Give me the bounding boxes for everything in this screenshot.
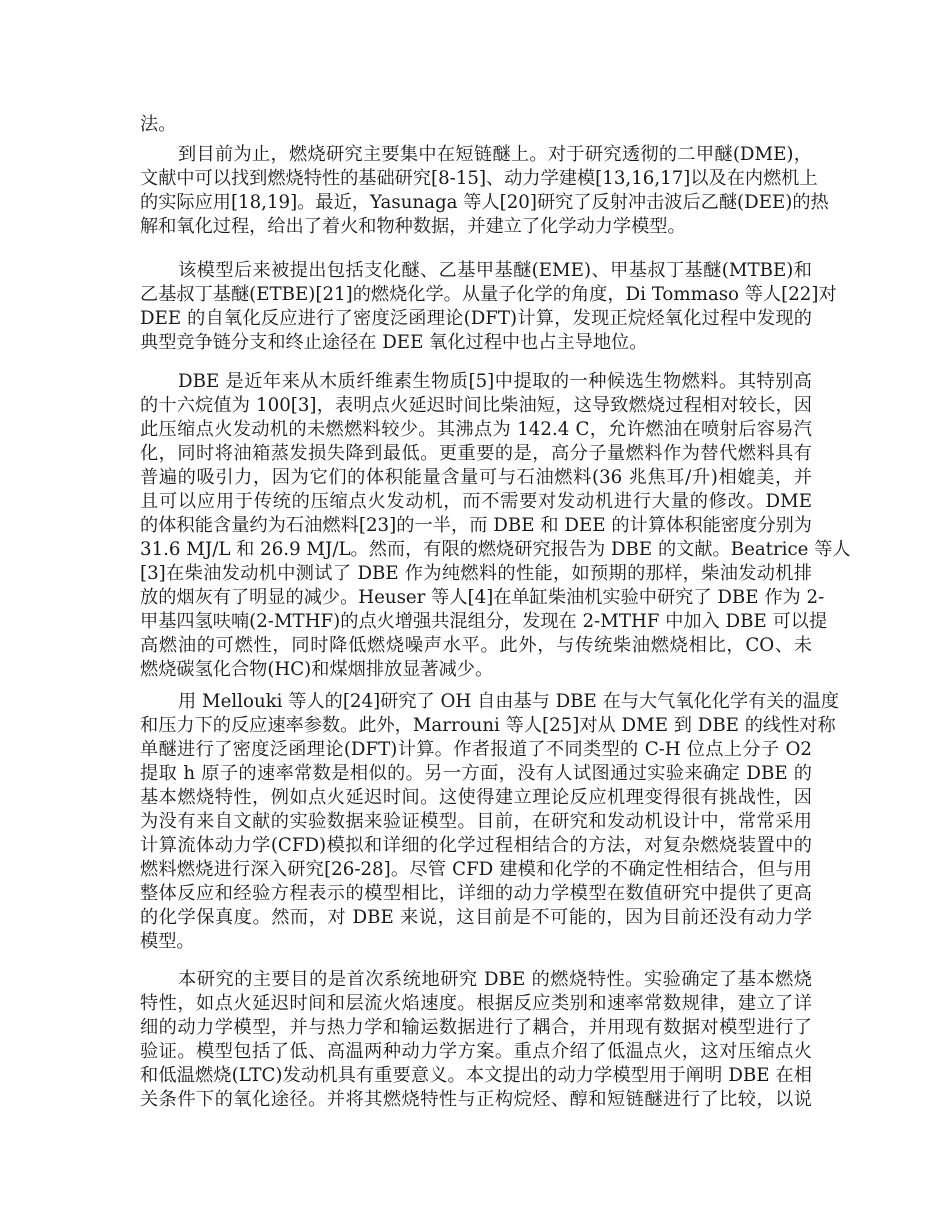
paragraph-continuation: 法。 [140, 113, 812, 137]
text-line: 此压缩点火发动机的未燃燃料较少。其沸点为 142.4 C，允许燃油在喷射后容易汽 [140, 418, 812, 442]
text-line: 验证。模型包括了低、高温两种动力学方案。重点介绍了低温点火，这对压缩点火 [140, 1040, 812, 1064]
text-line: 且可以应用于传统的压缩点火发动机，而不需要对发动机进行大量的修改。DME [140, 490, 812, 514]
text-line: 单醚进行了密度泛函理论(DFT)计算。作者报道了不同类型的 C-H 位点上分子 … [140, 738, 812, 762]
text-line: 本研究的主要目的是首次系统地研究 DBE 的燃烧特性。实验确定了基本燃烧 [140, 968, 812, 992]
text-line: 计算流体动力学(CFD)模拟和详细的化学过程相结合的方法，对复杂燃烧装置中的 [140, 834, 812, 858]
text-line: 放的烟灰有了明显的减少。Heuser 等人[4]在单缸柴油机实验中研究了 DBE… [140, 586, 812, 610]
text-line: 到目前为止，燃烧研究主要集中在短链醚上。对于研究透彻的二甲醚(DME)， [140, 143, 812, 167]
text-line: 燃料燃烧进行深入研究[26-28]。尽管 CFD 建模和化学的不确定性相结合，但… [140, 858, 812, 882]
text-line: 关条件下的氧化途径。并将其燃烧特性与正构烷烃、醇和短链醚进行了比较，以说 [140, 1088, 812, 1112]
text-line: DBE 是近年来从木质纤维素生物质[5]中提取的一种候选生物燃料。其特别高 [140, 370, 812, 394]
text-line: 甲基四氢呋喃(2-MTHF)的点火增强共混组分，发现在 2-MTHF 中加入 D… [140, 610, 812, 634]
text-line: 高燃油的可燃性，同时降低燃烧噪声水平。此外，与传统柴油燃烧相比，CO、未 [140, 634, 812, 658]
text-line: 细的动力学模型，并与热力学和输运数据进行了耦合，并用现有数据对模型进行了 [140, 1016, 812, 1040]
paragraph-study-objective: 本研究的主要目的是首次系统地研究 DBE 的燃烧特性。实验确定了基本燃烧 特性，… [140, 968, 812, 1112]
text-line: 法。 [140, 113, 812, 137]
text-line: 燃烧碳氢化合物(HC)和煤烟排放显著减少。 [140, 658, 812, 682]
text-line: 解和氧化过程，给出了着火和物种数据，并建立了化学动力学模型。 [140, 215, 812, 239]
text-line: 为没有来自文献的实验数据来验证模型。目前，在研究和发动机设计中，常常采用 [140, 810, 812, 834]
text-line: 用 Mellouki 等人的[24]研究了 OH 自由基与 DBE 在与大气氧化… [140, 690, 812, 714]
text-line: 的实际应用[18,19]。最近，Yasunaga 等人[20]研究了反射冲击波后… [140, 191, 812, 215]
text-line: 普遍的吸引力，因为它们的体积能量含量可与石油燃料(36 兆焦耳/升)相媲美，并 [140, 466, 812, 490]
paragraph-prior-studies: 用 Mellouki 等人的[24]研究了 OH 自由基与 DBE 在与大气氧化… [140, 690, 812, 954]
text-line: 化，同时将油箱蒸发损失降到最低。更重要的是，高分子量燃料作为替代燃料具有 [140, 442, 812, 466]
text-line: 和压力下的反应速率参数。此外，Marrouni 等人[25]对从 DME 到 D… [140, 714, 812, 738]
paragraph-short-chain-ethers: 到目前为止，燃烧研究主要集中在短链醚上。对于研究透彻的二甲醚(DME)， 文献中… [140, 143, 812, 239]
text-line: [3]在柴油发动机中测试了 DBE 作为纯燃料的性能，如预期的那样，柴油发动机排 [140, 562, 812, 586]
text-line: 31.6 MJ/L 和 26.9 MJ/L。然而，有限的燃烧研究报告为 DBE … [140, 538, 812, 562]
text-line: 的十六烷值为 100[3]，表明点火延迟时间比柴油短，这导致燃烧过程相对较长，因 [140, 394, 812, 418]
text-line: 乙基叔丁基醚(ETBE)[21]的燃烧化学。从量子化学的角度，Di Tommas… [140, 283, 812, 307]
text-line: DEE 的自氧化反应进行了密度泛函理论(DFT)计算，发现正烷烃氧化过程中发现的 [140, 307, 812, 331]
text-line: 和低温燃烧(LTC)发动机具有重要意义。本文提出的动力学模型用于阐明 DBE 在… [140, 1064, 812, 1088]
text-line: 该模型后来被提出包括支化醚、乙基甲基醚(EME)、甲基叔丁基醚(MTBE)和 [140, 259, 812, 283]
text-line: 基本燃烧特性，例如点火延迟时间。这使得建立理论反应机理变得很有挑战性，因 [140, 786, 812, 810]
text-line: 文献中可以找到燃烧特性的基础研究[8-15]、动力学建模[13,16,17]以及… [140, 167, 812, 191]
text-line: 模型。 [140, 930, 812, 954]
paragraph-dbe-biofuel: DBE 是近年来从木质纤维素生物质[5]中提取的一种候选生物燃料。其特别高 的十… [140, 370, 812, 682]
text-line: 特性，如点火延迟时间和层流火焰速度。根据反应类别和速率常数规律，建立了详 [140, 992, 812, 1016]
text-line: 典型竞争链分支和终止途径在 DEE 氧化过程中也占主导地位。 [140, 331, 812, 355]
paragraph-branched-ethers: 该模型后来被提出包括支化醚、乙基甲基醚(EME)、甲基叔丁基醚(MTBE)和 乙… [140, 259, 812, 355]
text-line: 整体反应和经验方程表示的模型相比，详细的动力学模型在数值研究中提供了更高 [140, 882, 812, 906]
body-text: 法。 到目前为止，燃烧研究主要集中在短链醚上。对于研究透彻的二甲醚(DME)， … [140, 113, 812, 1112]
document-page: 法。 到目前为止，燃烧研究主要集中在短链醚上。对于研究透彻的二甲醚(DME)， … [0, 0, 952, 1232]
text-line: 提取 h 原子的速率常数是相似的。另一方面，没有人试图通过实验来确定 DBE 的 [140, 762, 812, 786]
text-line: 的化学保真度。然而，对 DBE 来说，这目前是不可能的，因为目前还没有动力学 [140, 906, 812, 930]
text-line: 的体积能含量约为石油燃料[23]的一半，而 DBE 和 DEE 的计算体积能密度… [140, 514, 812, 538]
